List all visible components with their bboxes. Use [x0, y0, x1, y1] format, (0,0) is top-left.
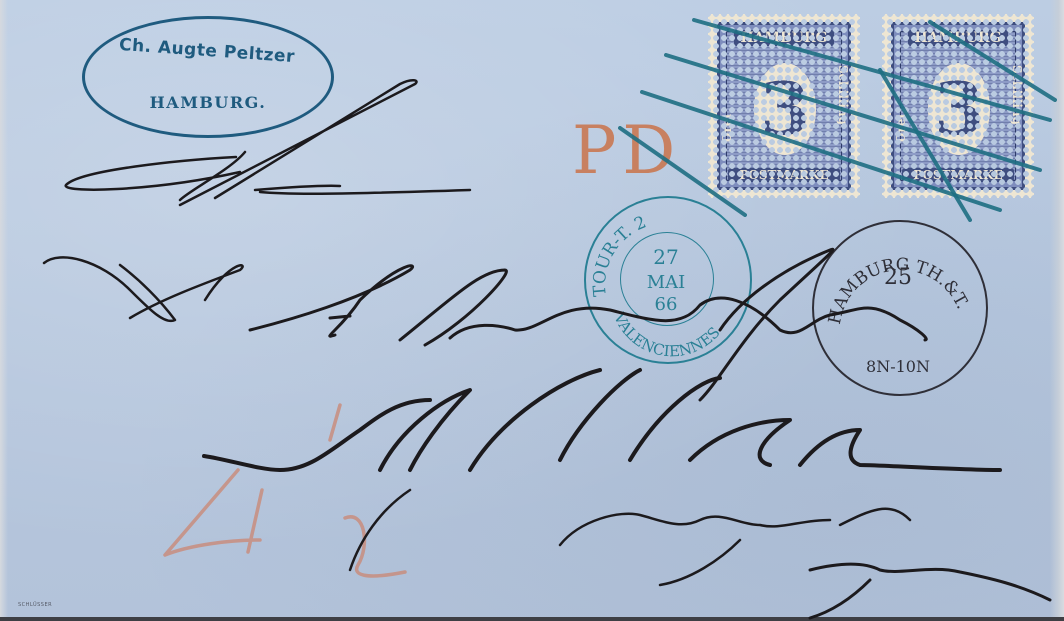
printer-imprint: SCHLÜSSER: [18, 602, 52, 608]
handwritten-address: [0, 0, 1064, 621]
postal-cover: Ch. Augte Peltzer HAMBURG. PD HAMBURG 3 …: [0, 0, 1064, 621]
